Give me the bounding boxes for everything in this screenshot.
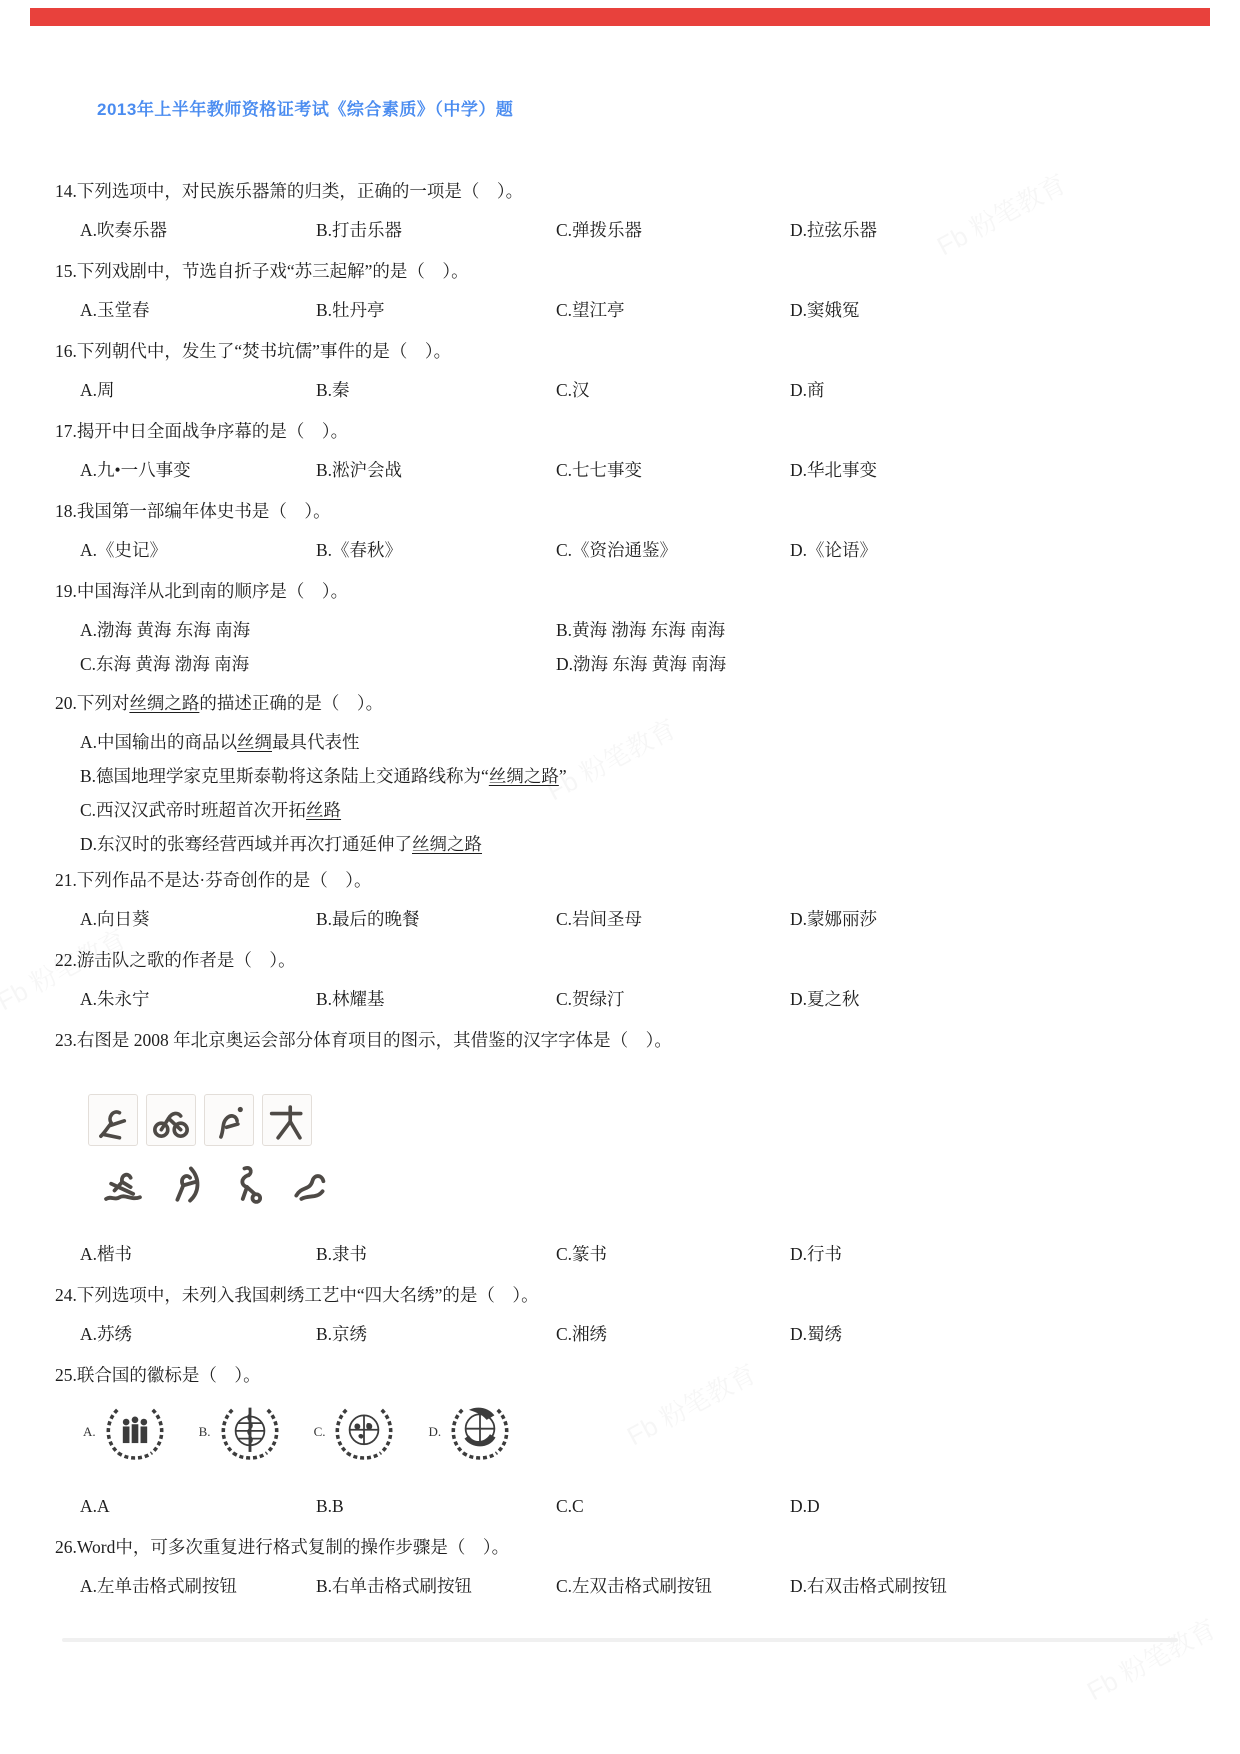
option-18-d: D.《论语》 (790, 537, 1180, 564)
option-text: ” (559, 766, 567, 786)
option-16-d: D.商 (790, 377, 1180, 404)
question-options-25: A.A B.B C.C D.D (80, 1493, 1180, 1520)
question-options-14: A.吹奏乐器 B.打击乐器 C.弹拨乐器 D.拉弦乐器 (80, 217, 1180, 244)
question-options-22: A.朱永宁 B.林耀基 C.贺绿汀 D.夏之秋 (80, 986, 1180, 1013)
emblem-label-b: B. (199, 1424, 211, 1440)
world-map-wreath-emblem-icon (328, 1401, 400, 1463)
option-22-b: B.林耀基 (316, 986, 556, 1013)
question-stem-22: 22.游击队之歌的作者是（ ）。 (55, 947, 1180, 974)
option-20-c: C.西汉汉武帝时班超首次开拓丝路 (80, 797, 1180, 824)
question-stem-24: 24.下列选项中，未列入我国刺绣工艺中“四大名绣”的是（ ）。 (55, 1282, 1180, 1309)
question-options-20: A.中国输出的商品以丝绸最具代表性 B.德国地理学家克里斯泰勒将这条陆上交通路线… (55, 729, 1180, 858)
option-16-c: C.汉 (556, 377, 790, 404)
emblem-label-c: C. (314, 1424, 326, 1440)
emblem-option-a: A. (83, 1401, 171, 1463)
football-pictogram-icon (224, 1160, 270, 1209)
olympic-pictograms-figure (88, 1094, 1180, 1209)
question-stem-19: 19.中国海洋从北到南的顺序是（ ）。 (55, 578, 1180, 605)
question-block-17: 17.揭开中日全面战争序幕的是（ ）。 A.九•一八事变 B.淞沪会战 C.七七… (55, 418, 1180, 484)
question-stem-25: 25.联合国的徽标是（ ）。 (55, 1362, 1180, 1389)
stem-underlined-term: 丝绸之路 (129, 693, 199, 713)
question-options-24: A.苏绣 B.京绣 C.湘绣 D.蜀绣 (80, 1321, 1180, 1348)
option-20-b: B.德国地理学家克里斯泰勒将这条陆上交通路线称为“丝绸之路” (80, 763, 1180, 790)
option-23-a: A.楷书 (80, 1241, 316, 1268)
question-block-25: 25.联合国的徽标是（ ）。 A. (55, 1362, 1180, 1520)
pictogram-row-1 (88, 1094, 1180, 1146)
question-block-18: 18.我国第一部编年体史书是（ ）。 A.《史记》 B.《春秋》 C.《资治通鉴… (55, 498, 1180, 564)
option-24-c: C.湘绣 (556, 1321, 790, 1348)
option-26-d: D.右双击格式刷按钮 (790, 1573, 1180, 1600)
option-24-b: B.京绣 (316, 1321, 556, 1348)
option-underlined-term: 丝路 (306, 800, 341, 820)
pictogram-row-2 (100, 1160, 1180, 1209)
hands-globe-emblem-icon (444, 1401, 516, 1463)
option-26-c: C.左双击格式刷按钮 (556, 1573, 790, 1600)
question-options-18: A.《史记》 B.《春秋》 C.《资治通鉴》 D.《论语》 (80, 537, 1180, 564)
option-18-a: A.《史记》 (80, 537, 316, 564)
archery-pictogram-icon (162, 1160, 208, 1209)
question-stem-16: 16.下列朝代中，发生了“焚书坑儒”事件的是（ ）。 (55, 338, 1180, 365)
option-17-b: B.淞沪会战 (316, 457, 556, 484)
question-list: 14.下列选项中，对民族乐器箫的归类，正确的一项是（ ）。 A.吹奏乐器 B.打… (55, 178, 1180, 1600)
emblem-option-b: B. (199, 1401, 286, 1463)
stem-text: 的描述正确的是（ ）。 (199, 693, 383, 713)
question-stem-17: 17.揭开中日全面战争序幕的是（ ）。 (55, 418, 1180, 445)
bottom-divider (62, 1638, 1178, 1642)
option-25-a: A.A (80, 1493, 316, 1520)
option-text: B.德国地理学家克里斯泰勒将这条陆上交通路线称为“ (80, 766, 489, 786)
option-17-d: D.华北事变 (790, 457, 1180, 484)
option-23-d: D.行书 (790, 1241, 1180, 1268)
un-emblems-figure: A. B. (83, 1401, 1180, 1463)
question-stem-26: 26.Word中，可多次重复进行格式复制的操作步骤是（ ）。 (55, 1534, 1180, 1561)
option-text: 最具代表性 (272, 732, 360, 752)
option-16-b: B.秦 (316, 377, 556, 404)
option-19-c: C.东海 黄海 渤海 南海 (80, 651, 556, 678)
cycling-pictogram-icon (146, 1094, 196, 1146)
watermark: Fb 粉笔教育 (1080, 1609, 1222, 1708)
question-block-26: 26.Word中，可多次重复进行格式复制的操作步骤是（ ）。 A.左单击格式刷按… (55, 1534, 1180, 1600)
exam-page: 2013年上半年教师资格证考试《综合素质》（中学）题 14.下列选项中，对民族乐… (0, 0, 1240, 1614)
table-tennis-pictogram-icon (204, 1094, 254, 1146)
option-15-d: D.窦娥冤 (790, 297, 1180, 324)
page-title: 2013年上半年教师资格证考试《综合素质》（中学）题 (97, 95, 1180, 120)
option-24-d: D.蜀绣 (790, 1321, 1180, 1348)
option-26-b: B.右单击格式刷按钮 (316, 1573, 556, 1600)
question-options-21: A.向日葵 B.最后的晚餐 C.岩间圣母 D.蒙娜丽莎 (80, 906, 1180, 933)
option-text: D.东汉时的张骞经营西域并再次打通延伸了 (80, 834, 412, 854)
running-pictogram-icon (88, 1094, 138, 1146)
option-21-d: D.蒙娜丽莎 (790, 906, 1180, 933)
option-text: C.西汉汉武帝时班超首次开拓 (80, 800, 306, 820)
option-20-d: D.东汉时的张骞经营西域并再次打通延伸了丝绸之路 (80, 831, 1180, 858)
option-25-d: D.D (790, 1493, 1180, 1520)
option-22-a: A.朱永宁 (80, 986, 316, 1013)
rowing-pictogram-icon (100, 1160, 146, 1209)
question-options-26: A.左单击格式刷按钮 B.右单击格式刷按钮 C.左双击格式刷按钮 D.右双击格式… (80, 1573, 1180, 1600)
question-options-17: A.九•一八事变 B.淞沪会战 C.七七事变 D.华北事变 (80, 457, 1180, 484)
fencing-pictogram-icon (262, 1094, 312, 1146)
question-block-22: 22.游击队之歌的作者是（ ）。 A.朱永宁 B.林耀基 C.贺绿汀 D.夏之秋 (55, 947, 1180, 1013)
option-24-a: A.苏绣 (80, 1321, 316, 1348)
question-stem-18: 18.我国第一部编年体史书是（ ）。 (55, 498, 1180, 525)
option-14-b: B.打击乐器 (316, 217, 556, 244)
option-underlined-term: 丝绸之路 (412, 834, 482, 854)
question-stem-23: 23.右图是 2008 年北京奥运会部分体育项目的图示，其借鉴的汉字字体是（ ）… (55, 1027, 1180, 1054)
question-block-21: 21.下列作品不是达·芬奇创作的是（ ）。 A.向日葵 B.最后的晚餐 C.岩间… (55, 867, 1180, 933)
option-14-c: C.弹拨乐器 (556, 217, 790, 244)
question-block-24: 24.下列选项中，未列入我国刺绣工艺中“四大名绣”的是（ ）。 A.苏绣 B.京… (55, 1282, 1180, 1348)
option-25-c: C.C (556, 1493, 790, 1520)
staff-snake-globe-emblem-icon (214, 1401, 286, 1463)
question-options-16: A.周 B.秦 C.汉 D.商 (80, 377, 1180, 404)
stem-text: 20.下列对 (55, 693, 129, 713)
question-block-20: 20.下列对丝绸之路的描述正确的是（ ）。 A.中国输出的商品以丝绸最具代表性 … (55, 690, 1180, 858)
option-text: A.中国输出的商品以 (80, 732, 237, 752)
emblem-label-d: D. (428, 1424, 441, 1440)
option-21-b: B.最后的晚餐 (316, 906, 556, 933)
option-15-b: B.牡丹亭 (316, 297, 556, 324)
option-23-b: B.隶书 (316, 1241, 556, 1268)
option-19-b: B.黄海 渤海 东海 南海 (556, 617, 1180, 644)
option-17-c: C.七七事变 (556, 457, 790, 484)
question-options-19: A.渤海 黄海 东海 南海 B.黄海 渤海 东海 南海 C.东海 黄海 渤海 南… (80, 617, 1180, 678)
emblem-option-c: C. (314, 1401, 401, 1463)
option-19-a: A.渤海 黄海 东海 南海 (80, 617, 556, 644)
option-14-a: A.吹奏乐器 (80, 217, 316, 244)
emblem-option-d: D. (428, 1401, 516, 1463)
option-underlined-term: 丝绸之路 (489, 766, 559, 786)
question-stem-20: 20.下列对丝绸之路的描述正确的是（ ）。 (55, 690, 1180, 717)
question-options-23: A.楷书 B.隶书 C.篆书 D.行书 (80, 1241, 1180, 1268)
option-underlined-term: 丝绸 (237, 732, 272, 752)
option-21-c: C.岩间圣母 (556, 906, 790, 933)
wushu-pictogram-icon (286, 1160, 332, 1209)
option-18-c: C.《资治通鉴》 (556, 537, 790, 564)
option-18-b: B.《春秋》 (316, 537, 556, 564)
option-21-a: A.向日葵 (80, 906, 316, 933)
emblem-label-a: A. (83, 1424, 96, 1440)
option-22-d: D.夏之秋 (790, 986, 1180, 1013)
option-15-a: A.玉堂春 (80, 297, 316, 324)
question-stem-15: 15.下列戏剧中，节选自折子戏“苏三起解”的是（ ）。 (55, 258, 1180, 285)
question-block-23: 23.右图是 2008 年北京奥运会部分体育项目的图示，其借鉴的汉字字体是（ ）… (55, 1027, 1180, 1268)
question-block-16: 16.下列朝代中，发生了“焚书坑儒”事件的是（ ）。 A.周 B.秦 C.汉 D… (55, 338, 1180, 404)
option-22-c: C.贺绿汀 (556, 986, 790, 1013)
option-25-b: B.B (316, 1493, 556, 1520)
option-20-a: A.中国输出的商品以丝绸最具代表性 (80, 729, 1180, 756)
option-23-c: C.篆书 (556, 1241, 790, 1268)
question-block-19: 19.中国海洋从北到南的顺序是（ ）。 A.渤海 黄海 东海 南海 B.黄海 渤… (55, 578, 1180, 678)
question-block-14: 14.下列选项中，对民族乐器箫的归类，正确的一项是（ ）。 A.吹奏乐器 B.打… (55, 178, 1180, 244)
people-wreath-emblem-icon (99, 1401, 171, 1463)
question-stem-21: 21.下列作品不是达·芬奇创作的是（ ）。 (55, 867, 1180, 894)
option-26-a: A.左单击格式刷按钮 (80, 1573, 316, 1600)
option-14-d: D.拉弦乐器 (790, 217, 1180, 244)
question-stem-14: 14.下列选项中，对民族乐器箫的归类，正确的一项是（ ）。 (55, 178, 1180, 205)
option-19-d: D.渤海 东海 黄海 南海 (556, 651, 1180, 678)
question-options-15: A.玉堂春 B.牡丹亭 C.望江亭 D.窦娥冤 (80, 297, 1180, 324)
option-16-a: A.周 (80, 377, 316, 404)
option-17-a: A.九•一八事变 (80, 457, 316, 484)
option-15-c: C.望江亭 (556, 297, 790, 324)
question-block-15: 15.下列戏剧中，节选自折子戏“苏三起解”的是（ ）。 A.玉堂春 B.牡丹亭 … (55, 258, 1180, 324)
